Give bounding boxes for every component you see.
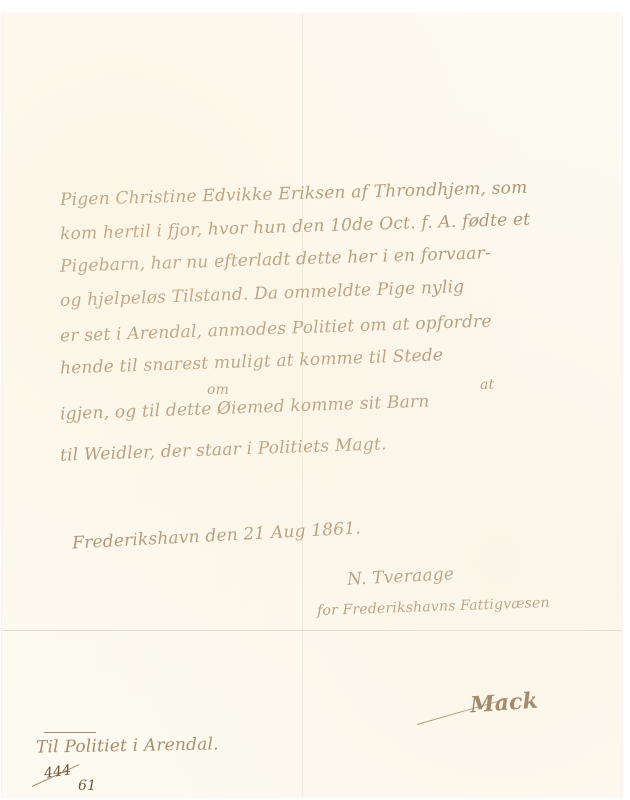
reference-number: 444 [43, 762, 72, 782]
body-line-4: og hjelpeløs Tilstand. Da ommeldte Pige … [60, 277, 465, 311]
body-line-7: igjen, og til dette Øiemed komme sit Bar… [60, 392, 430, 425]
body-line-2: kom hertil i fjor, hvor hun den 10de Oct… [60, 210, 531, 245]
body-line-6: hende til snarest muligt at komme til St… [60, 345, 444, 378]
insertion-om: om [207, 382, 229, 398]
address-overline [44, 732, 96, 733]
letter-paper: Pigen Christine Edvikke Eriksen af Thron… [2, 14, 622, 797]
body-line-8: til Weidler, der staar i Politiets Magt. [60, 434, 387, 465]
signature-name: N. Tveraage [347, 564, 455, 590]
body-line-3: Pigebarn, har nu efterladt dette her i e… [60, 243, 491, 277]
signature-title: for Frederikshavns Fattigvæsen [317, 595, 550, 619]
body-line-5: er set i Arendal, anmodes Politiet om at… [60, 311, 492, 346]
reference-year: 61 [78, 778, 96, 794]
insertion-at: at [480, 377, 494, 393]
body-line-1: Pigen Christine Edvikke Eriksen af Thron… [60, 178, 528, 210]
fold-line-horizontal [2, 630, 622, 631]
address-line: Til Politiet i Arendal. [36, 734, 219, 757]
second-signature: Mack [469, 688, 539, 719]
date-line: Frederikshavn den 21 Aug 1861. [72, 518, 362, 553]
